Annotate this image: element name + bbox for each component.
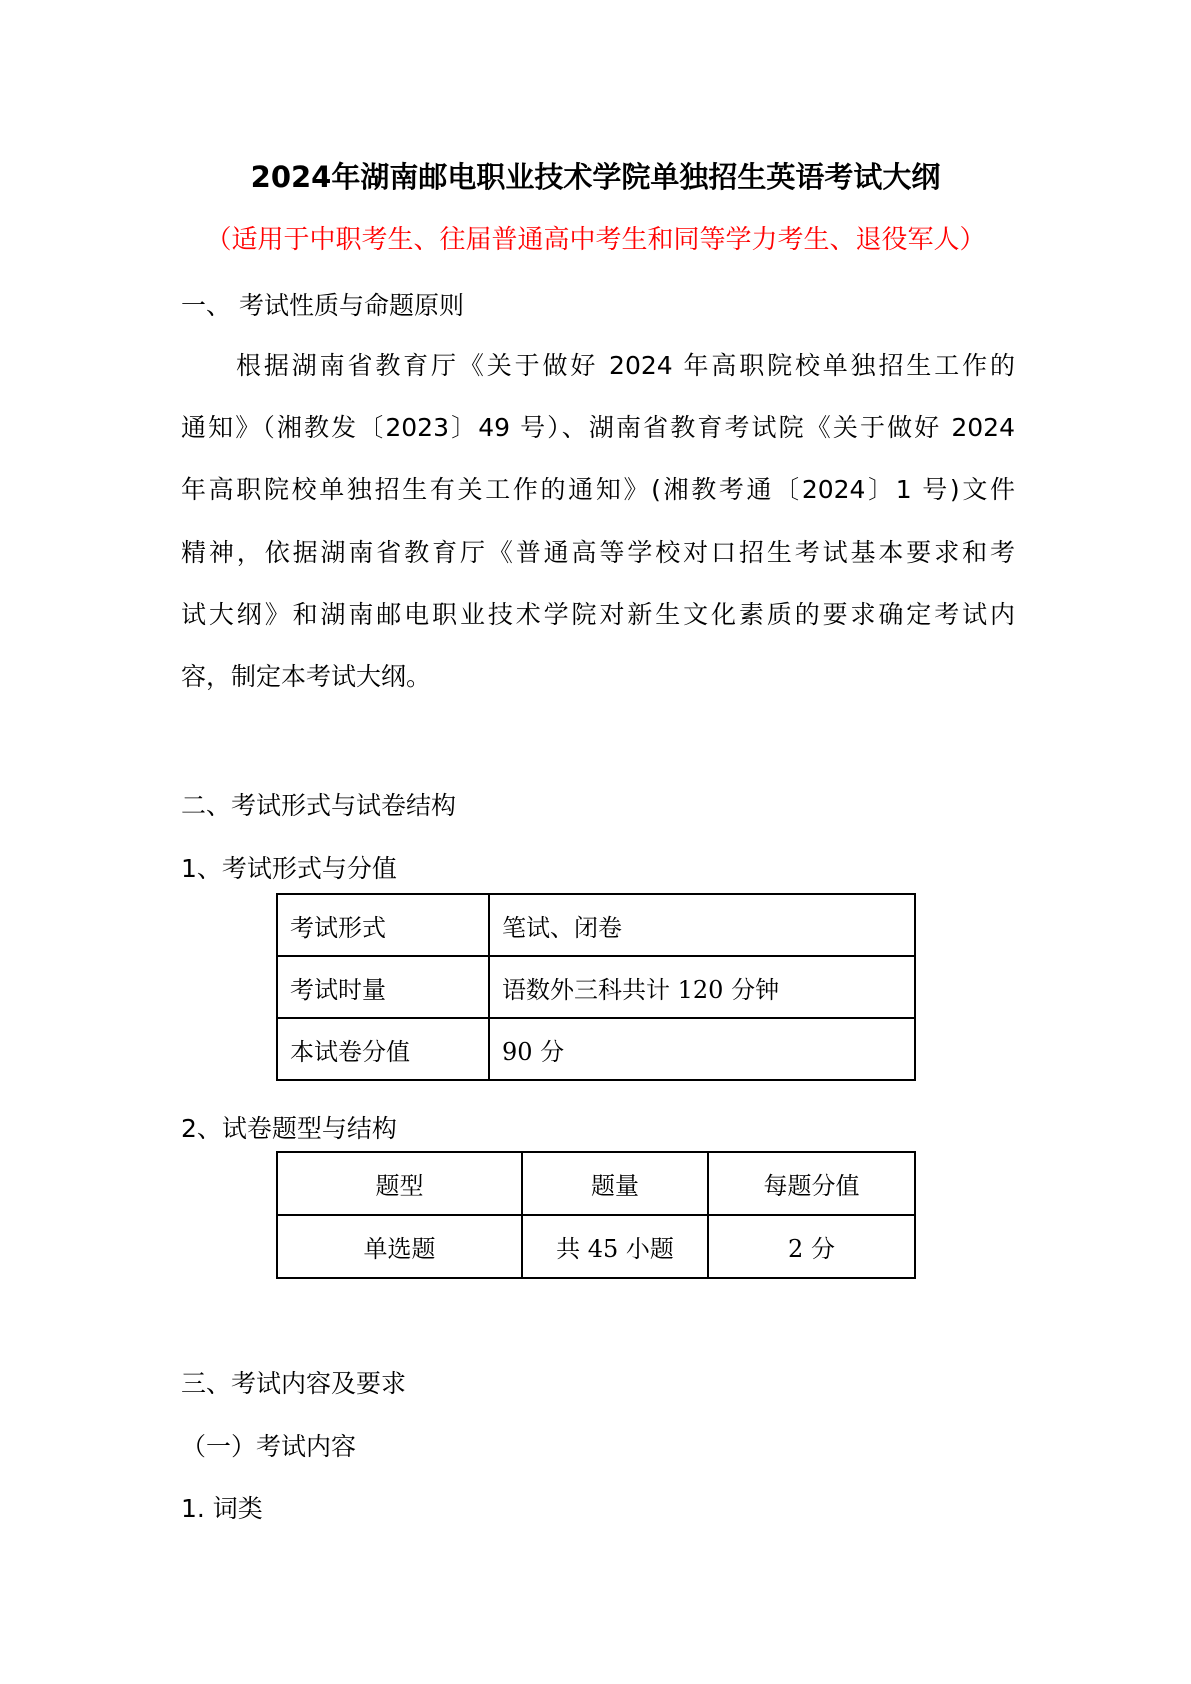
- table-header-cell: 题型: [277, 1152, 522, 1215]
- document-title: 2024年湖南邮电职业技术学院单独招生英语考试大纲: [0, 155, 1191, 196]
- section-3-item-1: 1. 词类: [181, 1489, 263, 1525]
- section-3-heading: 三、考试内容及要求: [181, 1364, 406, 1400]
- table-header-cell: 每题分值: [708, 1152, 915, 1215]
- table-cell: 90 分: [489, 1018, 915, 1080]
- paragraph-line: 试大纲》和湖南邮电职业技术学院对新生文化素质的要求确定考试内: [181, 595, 1015, 631]
- table-row: 考试时量 语数外三科共计 120 分钟: [277, 956, 915, 1018]
- section-3-sub-1-heading: （一）考试内容: [181, 1427, 356, 1463]
- table-cell: 本试卷分值: [277, 1018, 489, 1080]
- table-row: 考试形式 笔试、闭卷: [277, 894, 915, 956]
- section-1-heading: 一、 考试性质与命题原则: [181, 286, 464, 322]
- table-cell: 考试形式: [277, 894, 489, 956]
- section-2-sub-2-heading: 2、试卷题型与结构: [181, 1109, 397, 1145]
- paragraph-line: 通知》（湘教发〔2023〕49 号）、湖南省教育考试院《关于做好 2024: [181, 408, 1015, 444]
- table-header-cell: 题量: [522, 1152, 708, 1215]
- paragraph-line: 年高职院校单独招生有关工作的通知》(湘教考通〔2024〕1 号)文件: [181, 470, 1015, 506]
- paragraph-line: 根据湖南省教育厅《关于做好 2024 年高职院校单独招生工作的: [236, 346, 1015, 382]
- table-row: 单选题 共 45 小题 2 分: [277, 1215, 915, 1278]
- table-cell: 2 分: [708, 1215, 915, 1278]
- question-structure-table: 题型 题量 每题分值 单选题 共 45 小题 2 分: [276, 1151, 916, 1279]
- table-cell: 语数外三科共计 120 分钟: [489, 956, 915, 1018]
- table-cell: 共 45 小题: [522, 1215, 708, 1278]
- table-cell: 考试时量: [277, 956, 489, 1018]
- paragraph-line: 容，制定本考试大纲。: [181, 657, 1015, 693]
- section-2-sub-1-heading: 1、考试形式与分值: [181, 849, 397, 885]
- section-2-heading: 二、考试形式与试卷结构: [181, 786, 456, 822]
- table-row: 本试卷分值 90 分: [277, 1018, 915, 1080]
- paragraph-line: 精神，依据湖南省教育厅《普通高等学校对口招生考试基本要求和考: [181, 533, 1015, 569]
- exam-format-table: 考试形式 笔试、闭卷 考试时量 语数外三科共计 120 分钟 本试卷分值 90 …: [276, 893, 916, 1081]
- document-subtitle: （适用于中职考生、往届普通高中考生和同等学力考生、退役军人）: [0, 219, 1191, 256]
- document-page: 2024年湖南邮电职业技术学院单独招生英语考试大纲 （适用于中职考生、往届普通高…: [0, 0, 1191, 1684]
- table-header-row: 题型 题量 每题分值: [277, 1152, 915, 1215]
- table-cell: 笔试、闭卷: [489, 894, 915, 956]
- table-cell: 单选题: [277, 1215, 522, 1278]
